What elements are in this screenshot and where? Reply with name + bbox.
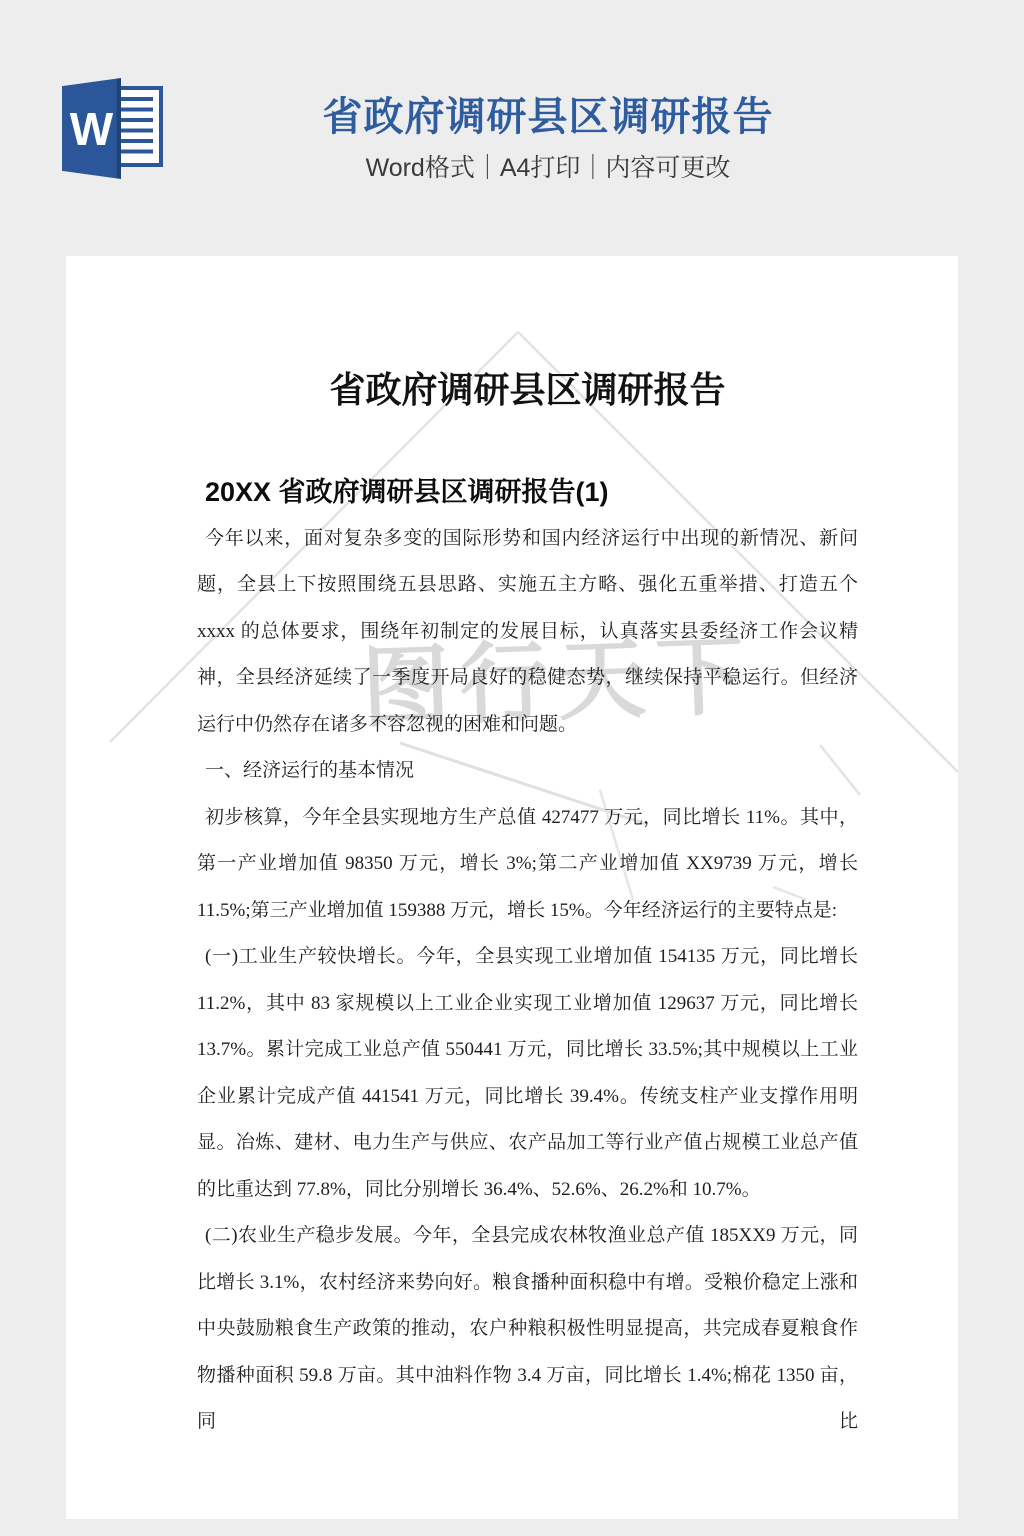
template-preview-canvas: W 省政府调研县区调研报告 Word格式｜A4打印｜内容可更改 图行天下 省政府… [0,0,1024,1536]
header-subtitle: Word格式｜A4打印｜内容可更改 [36,152,1024,184]
document-content: 20XX 省政府调研县区调研报告(1) 今年以来，面对复杂多变的国际形势和国内经… [197,469,858,1446]
paragraph-intro: 今年以来，面对复杂多变的国际形势和国内经济运行中出现的新情况、新问题，全县上下按… [197,516,858,749]
report-heading: 20XX 省政府调研县区调研报告(1) [197,469,858,516]
document-title: 省政府调研县区调研报告 [197,368,858,412]
paragraph-industry: (一)工业生产较快增长。今年，全县实现工业增加值 154135 万元，同比增长 … [197,934,858,1213]
paragraph-overview: 初步核算，今年全县实现地方生产总值 427477 万元，同比增长 11%。其中，… [197,795,858,935]
header: 省政府调研县区调研报告 Word格式｜A4打印｜内容可更改 [36,92,1024,184]
section-heading-1: 一、经济运行的基本情况 [197,748,858,795]
document-body: 省政府调研县区调研报告 20XX 省政府调研县区调研报告(1) 今年以来，面对复… [66,256,958,1446]
paragraph-agriculture: (二)农业生产稳步发展。今年，全县完成农林牧渔业总产值 185XX9 万元，同比… [197,1213,858,1446]
document-page: 图行天下 省政府调研县区调研报告 20XX 省政府调研县区调研报告(1) 今年以… [66,256,958,1519]
header-title: 省政府调研县区调研报告 [36,92,1024,142]
